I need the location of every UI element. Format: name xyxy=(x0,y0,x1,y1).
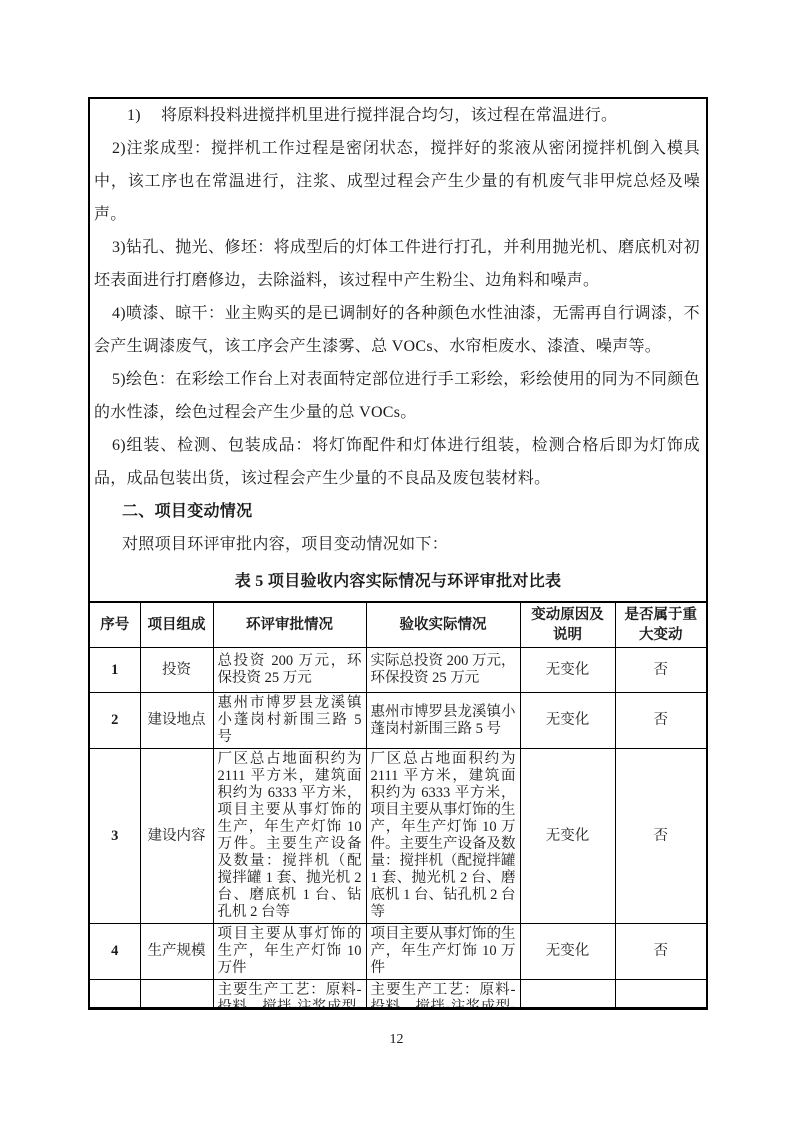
content-border-box: 1)将原料投料进搅拌机里进行搅拌混合均匀，该过程在常温进行。 2)注浆成型：搅拌… xyxy=(88,97,708,1010)
cell-reason: 无变化 xyxy=(520,749,615,924)
cell-component: 生产工艺 xyxy=(140,980,213,1011)
step-marker: 2) xyxy=(112,140,126,157)
section-intro: 对照项目环评审批内容，项目变动情况如下： xyxy=(90,528,706,561)
cell-eia: 主要生产工艺：原料-投料、搅拌-注浆成型-钻孔、抛光、修坯-喷漆、晾干-手工绘色… xyxy=(213,980,366,1011)
cell-reason: 无变化 xyxy=(520,980,615,1011)
cell-reason: 无变化 xyxy=(520,693,615,749)
table-title: 表 5 项目验收内容实际情况与环评审批对比表 xyxy=(90,567,706,597)
table-row: 5 生产工艺 主要生产工艺：原料-投料、搅拌-注浆成型-钻孔、抛光、修坯-喷漆、… xyxy=(90,980,706,1011)
cell-reason: 无变化 xyxy=(520,924,615,980)
cell-actual: 厂区总占地面积约为 2111 平方米，建筑面积约为 6333 平方米，项目主要从… xyxy=(366,749,520,924)
cell-major: 否 xyxy=(615,924,706,980)
cell-no: 2 xyxy=(90,693,140,749)
table-row: 4 生产规模 项目主要从事灯饰的生产，年生产灯饰 10 万件 项目主要从事灯饰的… xyxy=(90,924,706,980)
cell-component: 建设内容 xyxy=(140,749,213,924)
cell-no: 4 xyxy=(90,924,140,980)
cell-eia: 项目主要从事灯饰的生产，年生产灯饰 10 万件 xyxy=(213,924,366,980)
cell-eia: 惠州市博罗县龙溪镇小蓬岗村新围三路 5 号 xyxy=(213,693,366,749)
step-marker: 6) xyxy=(112,437,126,454)
cell-major: 否 xyxy=(615,749,706,924)
process-step-3: 3)钻孔、抛光、修坯：将成型后的灯体工件进行打孔，并利用抛光机、磨底机对初坯表面… xyxy=(90,231,706,297)
step-text: 组装、检测、包装成品：将灯饰配件和灯体进行组装，检测合格后即为灯饰成品，成品包装… xyxy=(94,437,700,487)
cell-actual: 实际总投资 200 万元，环保投资 25 万元 xyxy=(366,648,520,693)
step-marker: 5) xyxy=(112,371,126,388)
cell-actual: 惠州市博罗县龙溪镇小蓬岗村新围三路 5 号 xyxy=(366,693,520,749)
cell-actual: 主要生产工艺：原料-投料、搅拌-注浆成型-钻孔、抛光、修坯-喷漆、晾干-手工绘色… xyxy=(366,980,520,1011)
col-header-change-reason: 变动原因及说明 xyxy=(520,602,615,648)
table-row: 1 投资 总投资 200 万元，环保投资 25 万元 实际总投资 200 万元，… xyxy=(90,648,706,693)
step-text: 绘色：在彩绘工作台上对表面特定部位进行手工彩绘，彩绘使用的同为不同颜色的水性漆，… xyxy=(94,371,700,421)
step-marker: 4) xyxy=(112,305,126,322)
page-number: 12 xyxy=(0,1032,793,1048)
cell-reason: 无变化 xyxy=(520,648,615,693)
step-text: 喷漆、晾干：业主购买的是已调制好的各种颜色水性油漆，无需再自行调漆，不会产生调漆… xyxy=(94,305,700,355)
step-text: 将原料投料进搅拌机里进行搅拌混合均匀，该过程在常温进行。 xyxy=(161,107,617,124)
col-header-major-change: 是否属于重大变动 xyxy=(615,602,706,648)
comparison-table: 序号 项目组成 环评审批情况 验收实际情况 变动原因及说明 是否属于重大变动 1… xyxy=(90,601,706,1010)
cell-major: 否 xyxy=(615,980,706,1011)
step-marker: 1) xyxy=(127,107,141,124)
cell-component: 生产规模 xyxy=(140,924,213,980)
process-step-6: 6)组装、检测、包装成品：将灯饰配件和灯体进行组装，检测合格后即为灯饰成品，成品… xyxy=(90,429,706,495)
process-step-2: 2)注浆成型：搅拌机工作过程是密闭状态，搅拌好的浆液从密闭搅拌机倒入模具中，该工… xyxy=(90,132,706,231)
col-header-component: 项目组成 xyxy=(140,602,213,648)
process-step-4: 4)喷漆、晾干：业主购买的是已调制好的各种颜色水性油漆，无需再自行调漆，不会产生… xyxy=(90,297,706,363)
cell-major: 否 xyxy=(615,648,706,693)
process-step-1: 1)将原料投料进搅拌机里进行搅拌混合均匀，该过程在常温进行。 xyxy=(90,99,706,132)
cell-component: 投资 xyxy=(140,648,213,693)
cell-major: 否 xyxy=(615,693,706,749)
section-heading: 二、项目变动情况 xyxy=(90,495,706,528)
table-header-row: 序号 项目组成 环评审批情况 验收实际情况 变动原因及说明 是否属于重大变动 xyxy=(90,602,706,648)
process-step-5: 5)绘色：在彩绘工作台上对表面特定部位进行手工彩绘，彩绘使用的同为不同颜色的水性… xyxy=(90,363,706,429)
document-page: { "document": { "page_number": "12", "co… xyxy=(0,0,793,1122)
table-row: 2 建设地点 惠州市博罗县龙溪镇小蓬岗村新围三路 5 号 惠州市博罗县龙溪镇小蓬… xyxy=(90,693,706,749)
col-header-acceptance-actual: 验收实际情况 xyxy=(366,602,520,648)
table-row: 3 建设内容 厂区总占地面积约为 2111 平方米，建筑面积约为 6333 平方… xyxy=(90,749,706,924)
col-header-eia-approval: 环评审批情况 xyxy=(213,602,366,648)
cell-no: 5 xyxy=(90,980,140,1011)
step-text: 钻孔、抛光、修坯：将成型后的灯体工件进行打孔，并利用抛光机、磨底机对初坯表面进行… xyxy=(94,239,700,289)
cell-actual: 项目主要从事灯饰的生产，年生产灯饰 10 万件 xyxy=(366,924,520,980)
col-header-no: 序号 xyxy=(90,602,140,648)
cell-component: 建设地点 xyxy=(140,693,213,749)
step-marker: 3) xyxy=(112,239,126,256)
cell-no: 3 xyxy=(90,749,140,924)
cell-eia: 厂区总占地面积约为 2111 平方米，建筑面积约为 6333 平方米，项目主要从… xyxy=(213,749,366,924)
step-text: 注浆成型：搅拌机工作过程是密闭状态，搅拌好的浆液从密闭搅拌机倒入模具中，该工序也… xyxy=(94,140,700,223)
cell-no: 1 xyxy=(90,648,140,693)
cell-eia: 总投资 200 万元，环保投资 25 万元 xyxy=(213,648,366,693)
